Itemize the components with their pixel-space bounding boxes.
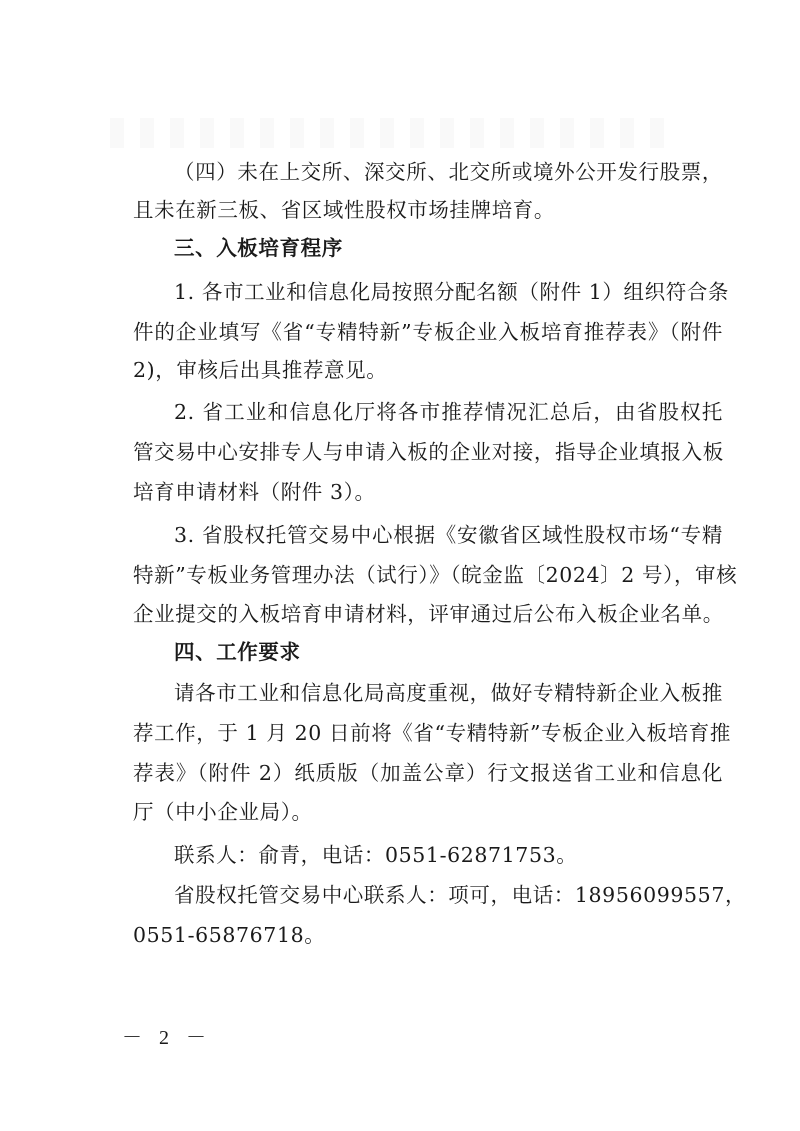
body-line-condition-cont: 且未在新三板、省区域性股权市场挂牌培育。	[133, 196, 723, 224]
body-line-requirements: 请各市工业和信息化局高度重视，做好专精特新企业入板推	[174, 679, 723, 707]
page-number: － 2 －	[122, 1024, 212, 1052]
document-page: （四）未在上交所、深交所、北交所或境外公开发行股票， 且未在新三板、省区域性股权…	[0, 0, 800, 1131]
body-line-step2-cont: 管交易中心安排专人与申请入板的企业对接，指导企业填报入板	[133, 438, 723, 466]
scan-bleed-through	[110, 118, 670, 148]
body-line-step1-end: 2)，审核后出具推荐意见。	[133, 356, 723, 384]
contact-line-1: 联系人：俞青，电话：0551-62871753。	[174, 841, 723, 869]
section-heading-requirements: 四、工作要求	[174, 638, 723, 666]
body-line-step3-end: 企业提交的入板培育申请材料，评审通过后公布入板企业名单。	[133, 600, 723, 628]
body-line-step1: 1. 各市工业和信息化局按照分配名额（附件 1）组织符合条	[174, 278, 723, 306]
body-line-step3: 3. 省股权托管交易中心根据《安徽省区域性股权市场“专精	[174, 521, 723, 549]
body-line-step3-cont: 特新”专板业务管理办法（试行）》（皖金监〔2024〕2 号），审核	[133, 561, 723, 589]
contact-line-2-cont: 0551-65876718。	[133, 921, 723, 949]
body-line-requirements-cont2: 荐表》（附件 2）纸质版（加盖公章）行文报送省工业和信息化	[133, 759, 723, 787]
contact-line-2: 省股权托管交易中心联系人：项可，电话：18956099557，	[174, 881, 723, 909]
body-line-step1-cont: 件的企业填写《省“专精特新”专板企业入板培育推荐表》（附件	[133, 318, 723, 346]
body-line-requirements-cont1: 荐工作，于 1 月 20 日前将《省“专精特新”专板企业入板培育推	[133, 719, 723, 747]
body-line-step2: 2. 省工业和信息化厅将各市推荐情况汇总后，由省股权托	[174, 398, 723, 426]
section-heading-procedure: 三、入板培育程序	[174, 234, 723, 262]
body-line-step2-end: 培育申请材料（附件 3）。	[133, 478, 723, 506]
body-line-requirements-end: 厅（中小企业局）。	[133, 798, 723, 826]
body-line-section4-condition: （四）未在上交所、深交所、北交所或境外公开发行股票，	[174, 158, 723, 186]
